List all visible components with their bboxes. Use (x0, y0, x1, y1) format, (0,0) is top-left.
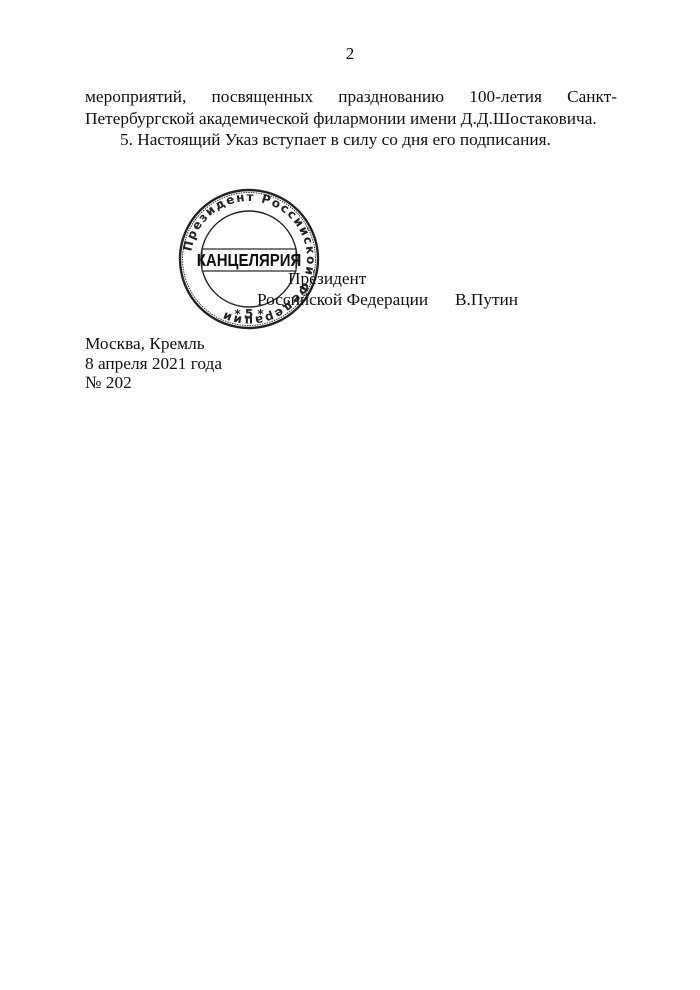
issuance-date: 8 апреля 2021 года (85, 354, 222, 374)
signature-title-line-1: Президент (288, 268, 366, 290)
document-body: мероприятий, посвященных празднованию 10… (85, 86, 617, 151)
issuance-place: Москва, Кремль (85, 334, 222, 354)
paragraph-line-2: Петербургской академической филармонии и… (85, 109, 597, 128)
paragraph-continuation: мероприятий, посвященных празднованию 10… (85, 86, 617, 129)
paragraph-line-1: мероприятий, посвященных празднованию 10… (85, 86, 617, 108)
signatory-name: В.Путин (455, 289, 518, 311)
signature-title-line-2: Российской Федерации (257, 289, 428, 311)
decree-number: № 202 (85, 373, 222, 393)
page-number: 2 (0, 44, 700, 64)
issuance-block: Москва, Кремль 8 апреля 2021 года № 202 (85, 334, 222, 393)
stamp-center-text: КАНЦЕЛЯРИЯ (197, 250, 302, 271)
paragraph-item-5: 5. Настоящий Указ вступает в силу со дня… (85, 129, 617, 151)
